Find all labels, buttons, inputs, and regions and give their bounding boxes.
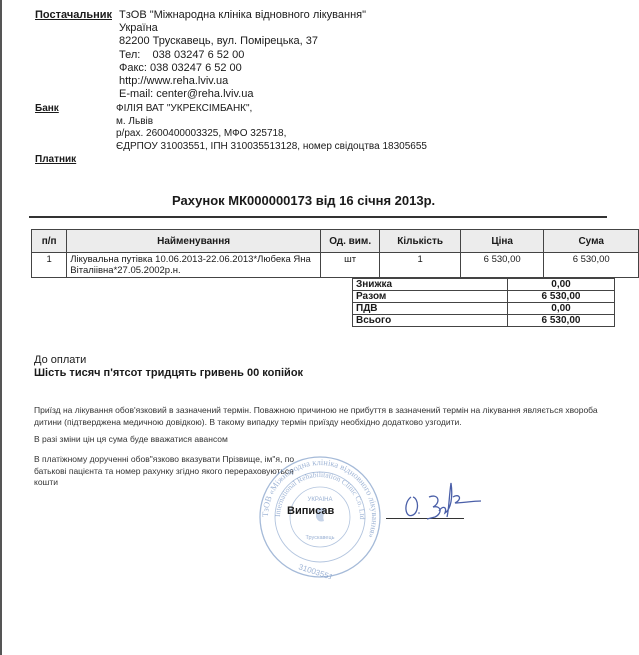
totals-row-total: Всього 6 530,00 <box>353 315 615 327</box>
page-edge <box>0 0 2 655</box>
col-header-unit: Од. вим. <box>320 230 379 253</box>
totals-table: Знижка 0,00 Разом 6 530,00 ПДВ 0,00 Всьо… <box>352 278 615 327</box>
table-row: 1 Лікувальна путівка 10.06.2013-22.06.20… <box>32 253 639 278</box>
items-table: п/п Найменування Од. вим. Кількість Ціна… <box>31 229 639 278</box>
totals-row-subtotal: Разом 6 530,00 <box>353 291 615 303</box>
supplier-line: Факс: 038 03247 6 52 00 <box>119 62 366 75</box>
bank-line: р/рах. 2600400003325, МФО 325718, <box>116 128 427 141</box>
invoice-title: Рахунок МК000000173 від 16 січня 2013р. <box>172 193 435 208</box>
title-divider <box>29 216 607 218</box>
note-price-change: В разі зміни цін ця сума буде вважатися … <box>34 434 604 446</box>
cell-qty: 1 <box>380 253 461 278</box>
col-header-price: Ціна <box>460 230 543 253</box>
bank-line: ЄДРПОУ 31003551, ІПН 310035513128, номер… <box>116 141 427 154</box>
note-arrival: Приїзд на лікування обов'язковий в зазна… <box>34 405 604 428</box>
signed-by-label: Виписав <box>287 505 334 517</box>
supplier-line: Україна <box>119 22 366 35</box>
vat-label: ПДВ <box>353 303 508 315</box>
payer-label: Платник <box>35 154 76 165</box>
stamp-center-top: УКРАЇНА <box>308 496 333 503</box>
payment-block: До оплати Шість тисяч п'ятсот тридцять г… <box>34 354 303 380</box>
totals-row-discount: Знижка 0,00 <box>353 279 615 291</box>
cell-sum: 6 530,00 <box>544 253 639 278</box>
col-header-qty: Кількість <box>380 230 461 253</box>
stamp-code: 31003551 <box>297 562 334 579</box>
table-header-row: п/п Найменування Од. вим. Кількість Ціна… <box>32 230 639 253</box>
supplier-line: Тел: 038 03247 6 52 00 <box>119 49 366 62</box>
cell-price: 6 530,00 <box>460 253 543 278</box>
total-value: 6 530,00 <box>508 315 615 327</box>
col-header-name: Найменування <box>67 230 321 253</box>
totals-row-vat: ПДВ 0,00 <box>353 303 615 315</box>
supplier-label: Постачальник <box>35 9 112 21</box>
supplier-line: 82200 Трускавець, вул. Помірецька, 37 <box>119 35 366 48</box>
subtotal-value: 6 530,00 <box>508 291 615 303</box>
supplier-line: E-mail: center@reha.lviv.ua <box>119 88 366 101</box>
supplier-line: http://www.reha.lviv.ua <box>119 75 366 88</box>
bank-label: Банк <box>35 103 59 114</box>
company-stamp-icon: ТзОВ «Міжнародна клініка відновного ліку… <box>258 455 382 579</box>
supplier-details: ТзОВ "Міжнародна клініка відновного ліку… <box>119 9 366 101</box>
bank-details: ФІЛІЯ ВАТ "УКРЕКСІМБАНК", м. Львів р/рах… <box>116 103 427 153</box>
discount-value: 0,00 <box>508 279 615 291</box>
cell-name: Лікувальна путівка 10.06.2013-22.06.2013… <box>67 253 321 278</box>
subtotal-label: Разом <box>353 291 508 303</box>
cell-unit: шт <box>320 253 379 278</box>
bank-line: ФІЛІЯ ВАТ "УКРЕКСІМБАНК", <box>116 103 427 116</box>
signature-icon <box>395 475 485 525</box>
stamp-center-bottom: Трускавець <box>305 535 334 541</box>
col-header-sum: Сума <box>544 230 639 253</box>
vat-value: 0,00 <box>508 303 615 315</box>
total-label: Всього <box>353 315 508 327</box>
col-header-num: п/п <box>32 230 67 253</box>
bank-line: м. Львів <box>116 116 427 129</box>
cell-num: 1 <box>32 253 67 278</box>
discount-label: Знижка <box>353 279 508 291</box>
payment-amount-words: Шість тисяч п'ятсот тридцять гривень 00 … <box>34 367 303 380</box>
supplier-line: ТзОВ "Міжнародна клініка відновного ліку… <box>119 9 366 22</box>
payment-label: До оплати <box>34 354 303 367</box>
